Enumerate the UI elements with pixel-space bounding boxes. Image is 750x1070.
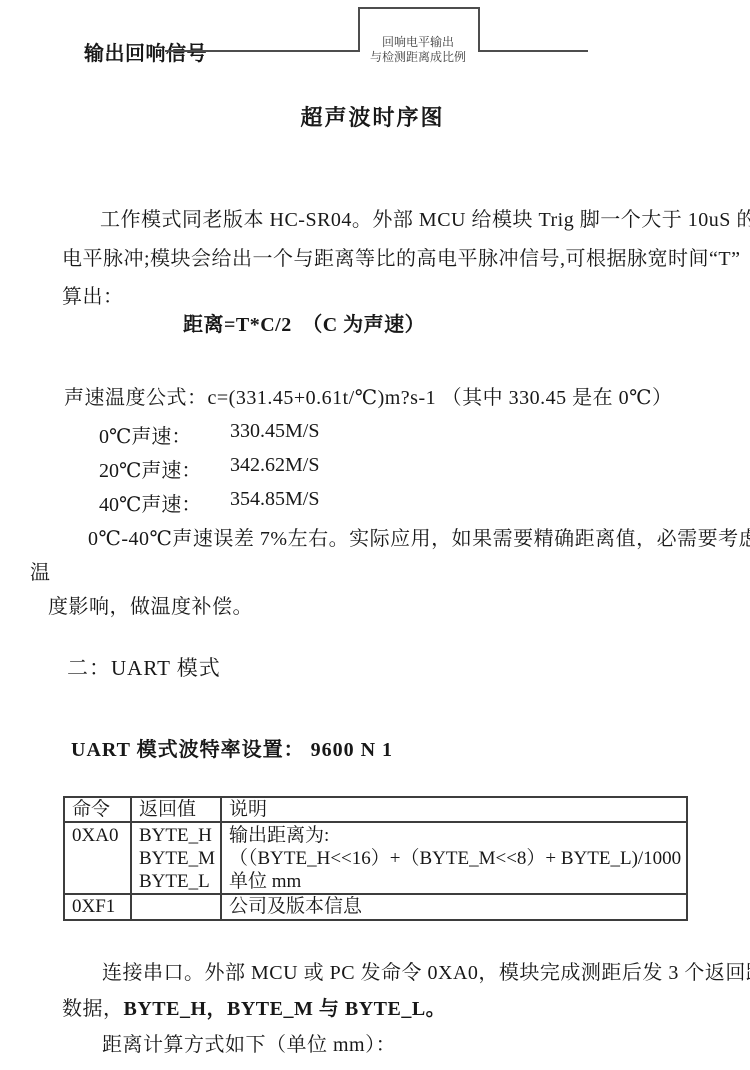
serial-para-line-3: 距离计算方式如下（单位 mm）： xyxy=(102,1028,396,1057)
baud-rate-setting: UART 模式波特率设置： 9600 N 1 xyxy=(71,733,393,762)
cell-description: 输出距离为: （（BYTE_H<<16）+（BYTE_M<<8）+ BYTE_L… xyxy=(221,822,687,894)
pulse-annotation: 回响电平输出 与检测距离成比例 xyxy=(348,35,488,65)
speed-row-label: 0℃声速： xyxy=(99,420,191,449)
waveform-low-line-right xyxy=(478,50,588,52)
header-command: 命令 xyxy=(64,797,131,822)
cell-command: 0XA0 xyxy=(64,822,131,894)
intro-line-1: 工作模式同老版本 HC-SR04。外部 MCU 给模块 Trig 脚一个大于 1… xyxy=(100,203,750,232)
speed-temperature-formula: 声速温度公式：c=(331.45+0.61t/℃)m?s-1 （其中 330.4… xyxy=(64,381,673,410)
description-line-3: 单位 mm xyxy=(229,870,681,893)
serial-para-line-2-prefix: 数据， xyxy=(62,998,124,1020)
speed-row-value: 342.62M/S xyxy=(230,454,319,477)
serial-para-line-2: 数据，BYTE_H，BYTE_M 与 BYTE_L。 xyxy=(62,992,446,1021)
speed-row-value: 330.45M/S xyxy=(230,420,319,443)
document-page: 输出回响信号 回响电平输出 与检测距离成比例 超声波时序图 工作模式同老版本 H… xyxy=(0,0,750,1070)
table-row-0xa0: 0XA0 BYTE_H BYTE_M BYTE_L 输出距离为: （（BYTE_… xyxy=(64,822,687,894)
cell-description: 公司及版本信息 xyxy=(221,894,687,920)
distance-formula: 距离=T*C/2 （C 为声速） xyxy=(183,308,425,337)
intro-line-2: 电平脉冲;模块会给出一个与距离等比的高电平脉冲信号,可根据脉宽时间“T” xyxy=(62,242,741,271)
page-title: 超声波时序图 xyxy=(0,101,745,132)
speed-row-value: 354.85M/S xyxy=(230,488,319,511)
uart-command-table: 命令 返回值 说明 0XA0 BYTE_H BYTE_M BYTE_L 输出距离… xyxy=(63,796,688,921)
return-byte-h: BYTE_H xyxy=(139,824,215,847)
error-note-line-2: 温 xyxy=(30,556,51,585)
table-header-row: 命令 返回值 说明 xyxy=(64,797,687,822)
return-byte-m: BYTE_M xyxy=(139,847,215,870)
serial-para-line-1: 连接串口。外部 MCU 或 PC 发命令 0XA0，模块完成测距后发 3 个返回… xyxy=(102,956,750,985)
error-note-line-3: 度影响，做温度补偿。 xyxy=(48,590,253,619)
pulse-annotation-line-2: 与检测距离成比例 xyxy=(348,50,488,65)
table-row-0xf1: 0XF1 公司及版本信息 xyxy=(64,894,687,920)
serial-para-line-2-bytes: BYTE_H，BYTE_M 与 BYTE_L。 xyxy=(124,998,447,1020)
intro-line-3: 算出： xyxy=(62,280,124,309)
section-heading-uart-mode: 二：UART 模式 xyxy=(67,652,221,682)
error-note-line-1: 0℃-40℃声速误差 7%左右。实际应用，如果需要精确距离值，必需要考虑 xyxy=(88,522,750,551)
cell-return-value xyxy=(131,894,221,920)
cell-return-value: BYTE_H BYTE_M BYTE_L xyxy=(131,822,221,894)
return-byte-l: BYTE_L xyxy=(139,870,215,893)
waveform-low-line-left xyxy=(165,50,358,52)
speed-row-label: 20℃声速： xyxy=(99,454,201,483)
cell-command: 0XF1 xyxy=(64,894,131,920)
description-line-2: （（BYTE_H<<16）+（BYTE_M<<8）+ BYTE_L)/1000 xyxy=(229,847,681,870)
description-line-1: 输出距离为: xyxy=(229,824,681,847)
pulse-annotation-line-1: 回响电平输出 xyxy=(348,35,488,50)
header-description: 说明 xyxy=(221,797,687,822)
header-return-value: 返回值 xyxy=(131,797,221,822)
speed-row-label: 40℃声速： xyxy=(99,488,201,517)
